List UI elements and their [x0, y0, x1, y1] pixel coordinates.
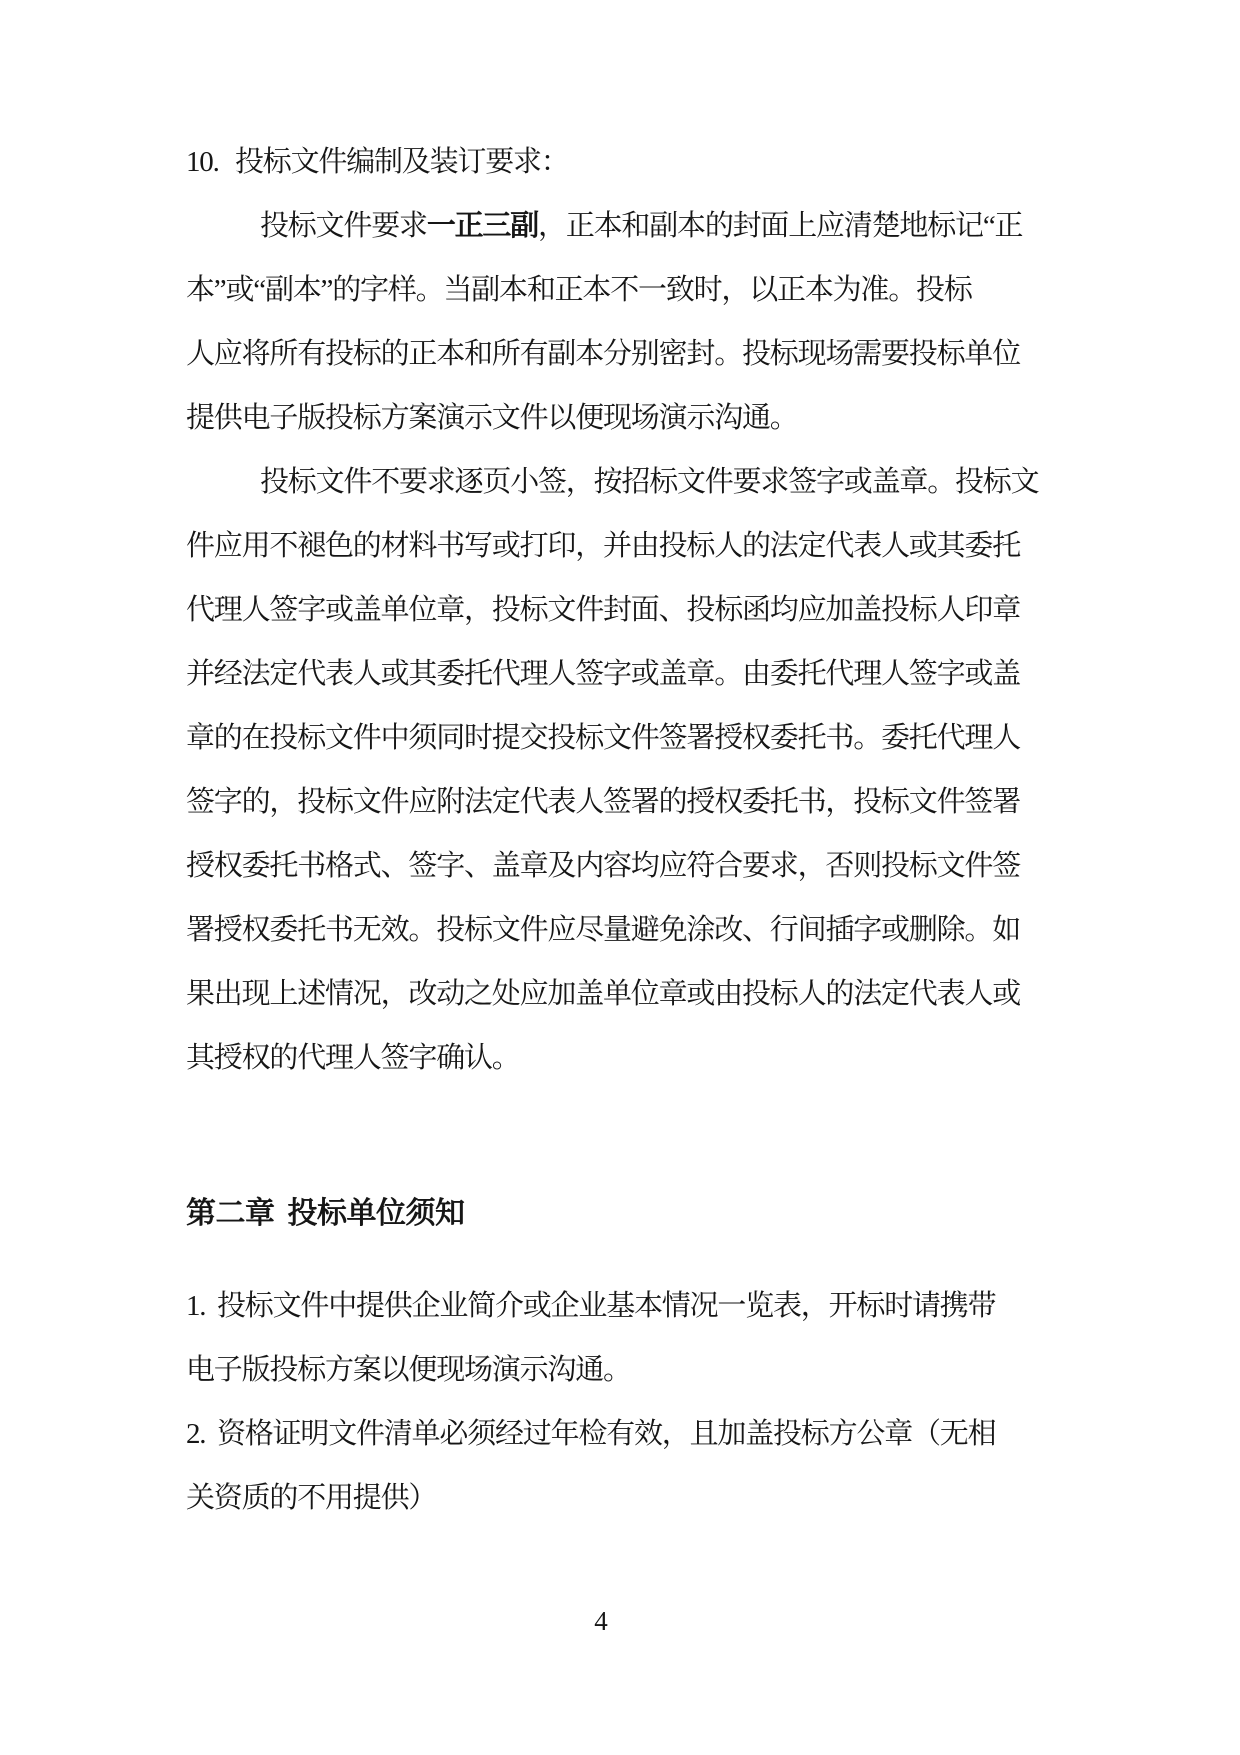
paragraph-a-line-4: 提供电子版投标方案演示文件以便现场演示沟通。 — [186, 386, 998, 450]
chapter-2-heading: 第二章投标单位须知 — [186, 1182, 998, 1246]
paragraph-a-text: ，正本和副本的封面上应清楚地标记“正 — [538, 210, 1022, 242]
chapter-2-title: 投标单位须知 — [288, 1197, 465, 1230]
paragraph-b-line-3: 代理人签字或盖单位章，投标文件封面、投标函均应加盖投标人印章 — [186, 578, 998, 642]
paragraph-b-line-5: 章的在投标文件中须同时提交投标文件签署授权委托书。委托代理人 — [186, 706, 998, 770]
document-page: 10.投标文件编制及装订要求： 投标文件要求一正三副，正本和副本的封面上应清楚地… — [0, 0, 1240, 1755]
paragraph-b-line-1: 投标文件不要求逐页小签，按招标文件要求签字或盖章。投标文 — [186, 450, 998, 514]
paragraph-b-line-4: 并经法定代表人或其委托代理人签字或盖章。由委托代理人签字或盖 — [186, 642, 998, 706]
list-marker-10: 10. — [186, 130, 235, 194]
notice-item-1-line-2: 电子版投标方案以便现场演示沟通。 — [186, 1338, 998, 1402]
paragraph-b-line-9: 果出现上述情况，改动之处应加盖单位章或由投标人的法定代表人或 — [186, 962, 998, 1026]
notice-item-1-line-1: 1.投标文件中提供企业简介或企业基本情况一览表，开标时请携带 — [186, 1274, 998, 1338]
list-marker-2: 2. — [186, 1402, 217, 1466]
paragraph-b-line-7: 授权委托书格式、签字、盖章及内容均应符合要求，否则投标文件签 — [186, 834, 998, 898]
chapter-2-number: 第二章 — [186, 1197, 275, 1230]
paragraph-a-line-3: 人应将所有投标的正本和所有副本分别密封。投标现场需要投标单位 — [186, 322, 998, 386]
page-number: 4 — [186, 1589, 1016, 1653]
paragraph-b-line-10: 其授权的代理人签字确认。 — [186, 1026, 998, 1090]
paragraph-b-line-2: 件应用不褪色的材料书写或打印，并由投标人的法定代表人或其委托 — [186, 514, 998, 578]
section-10-title: 投标文件编制及装订要求： — [235, 146, 569, 178]
paragraph-a-line-1: 投标文件要求一正三副，正本和副本的封面上应清楚地标记“正 — [186, 194, 998, 258]
list-marker-1: 1. — [186, 1274, 217, 1338]
list-item-10-line: 10.投标文件编制及装订要求： — [186, 130, 998, 194]
notice-item-2-text: 资格证明文件清单必须经过年检有效，且加盖投标方公章（无相 — [217, 1418, 995, 1450]
notice-item-2-line-1: 2.资格证明文件清单必须经过年检有效，且加盖投标方公章（无相 — [186, 1402, 998, 1466]
notice-item-1-text: 投标文件中提供企业简介或企业基本情况一览表，开标时请携带 — [217, 1290, 995, 1322]
notice-item-2-line-2: 关资质的不用提供） — [186, 1466, 998, 1530]
paragraph-a-line-2: 本”或“副本”的字样。当副本和正本不一致时，以正本为准。投标 — [186, 258, 998, 322]
paragraph-b-line-6: 签字的，投标文件应附法定代表人签署的授权委托书，投标文件签署 — [186, 770, 998, 834]
document-body: 10.投标文件编制及装订要求： 投标文件要求一正三副，正本和副本的封面上应清楚地… — [186, 130, 998, 1530]
paragraph-a-bold-text: 一正三副 — [427, 210, 538, 242]
paragraph-b-line-8: 署授权委托书无效。投标文件应尽量避免涂改、行间插字或删除。如 — [186, 898, 998, 962]
paragraph-a-text: 投标文件要求 — [260, 210, 427, 242]
